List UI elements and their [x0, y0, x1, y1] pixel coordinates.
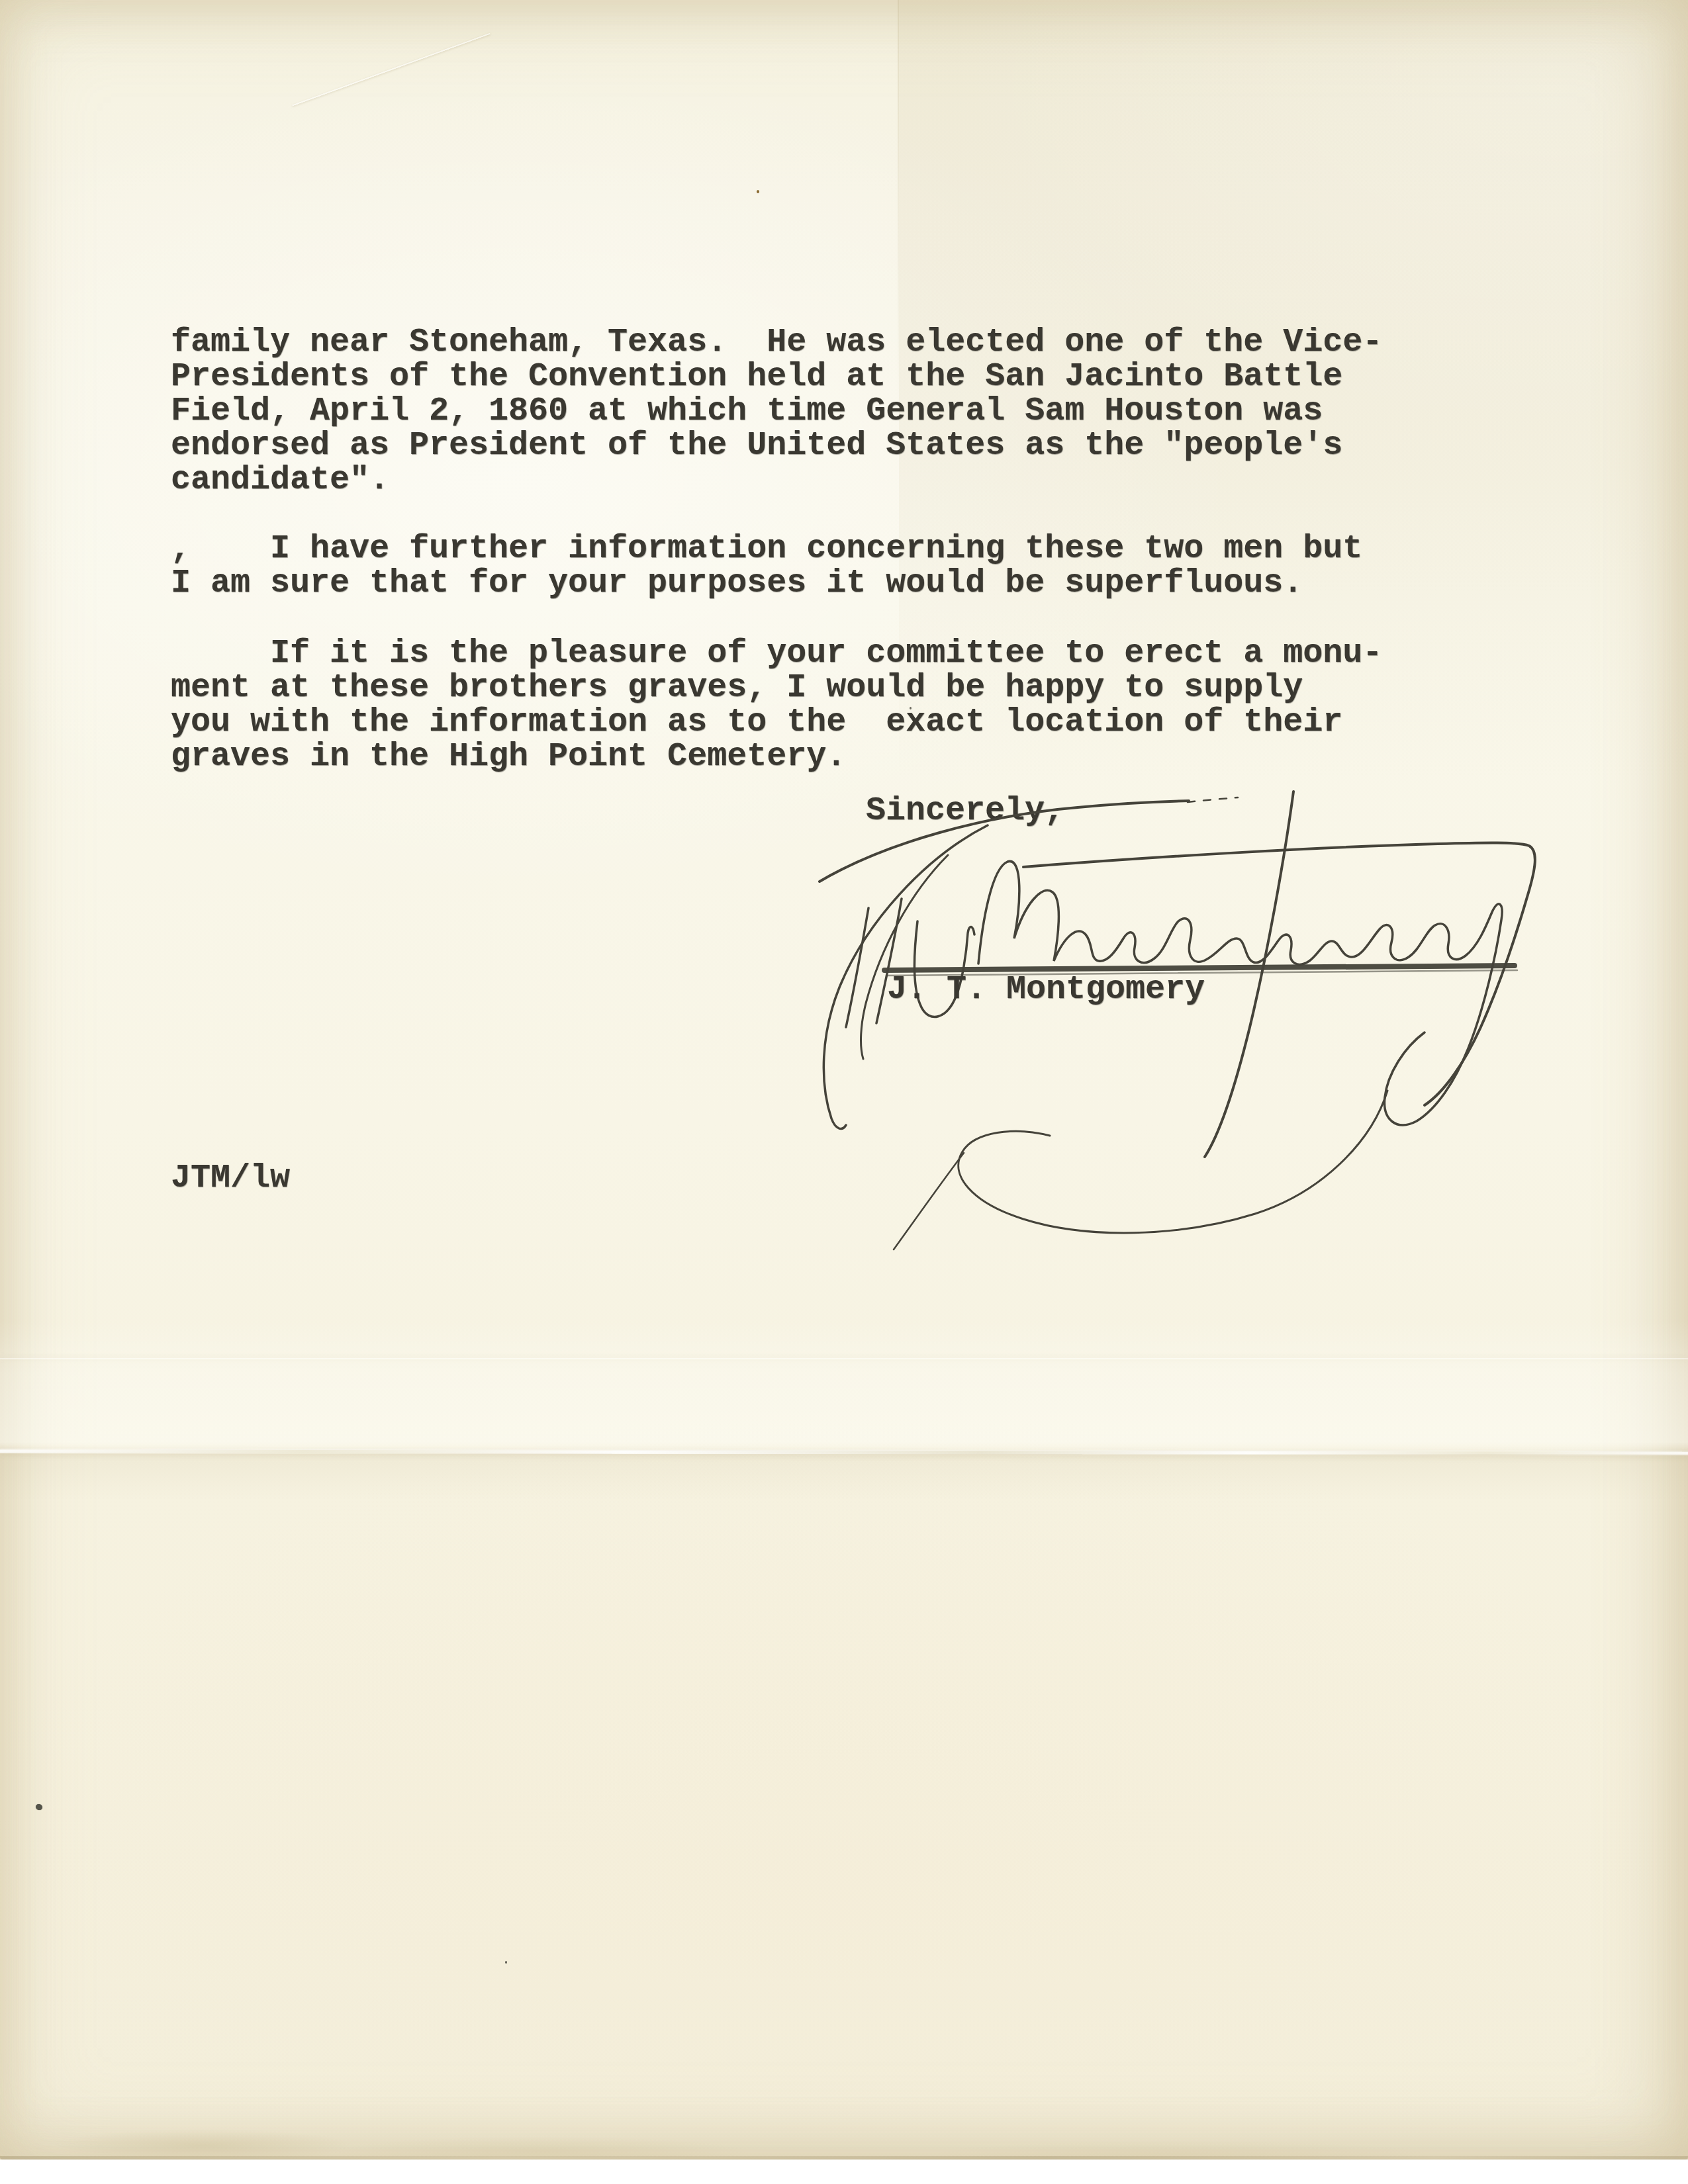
scanned-letter-page: { "colors": { "paper": "#f7f4e6", "ink":… — [0, 0, 1688, 2184]
body-paragraph-1: family near Stoneham, Texas. He was elec… — [171, 326, 1382, 498]
body-paragraph-3: If it is the pleasure of your committee … — [171, 637, 1382, 774]
ink-speck — [505, 1961, 507, 1964]
body-paragraph-2: , I have further information concerning … — [171, 532, 1362, 601]
typist-reference: JTM/lw — [171, 1161, 290, 1196]
typed-signature-name: J. T. Montgomery — [887, 973, 1205, 1007]
handwritten-signature — [761, 761, 1595, 1297]
letter-paper: family near Stoneham, Texas. He was elec… — [0, 0, 1688, 2160]
pen-stroke — [1188, 797, 1238, 802]
signature-underline — [884, 966, 1515, 970]
fold-light-band — [0, 1320, 1688, 1453]
pen-stroke — [1205, 792, 1293, 1157]
bottom-edge-stain — [0, 2118, 1688, 2158]
ink-speck — [757, 190, 759, 193]
fold-crease-shadow — [0, 1454, 1688, 1500]
pen-stroke — [861, 855, 948, 1059]
pen-stroke — [894, 1153, 964, 1250]
fold-crease-faint — [0, 1358, 1688, 1359]
pen-stroke — [959, 1091, 1387, 1233]
ink-speck — [35, 1803, 43, 1811]
corner-crease — [292, 33, 491, 107]
pen-stroke — [820, 801, 1189, 882]
paper-bottom-edge — [0, 2156, 1688, 2160]
